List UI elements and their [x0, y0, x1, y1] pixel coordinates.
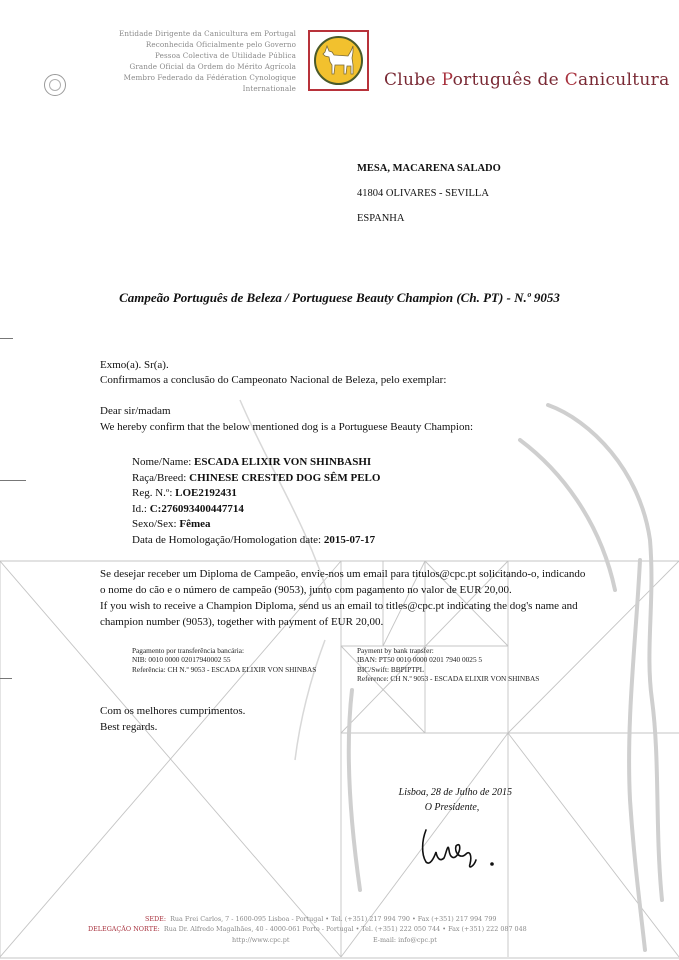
- diploma-instructions: Se desejar receber um Diploma de Campeão…: [100, 566, 630, 630]
- detail-label: Data de Homologação/Homologation date:: [132, 534, 324, 546]
- footer-text: Rua Dr. Alfredo Magalhães, 40 - 4000-061…: [164, 925, 527, 933]
- document-title: Campeão Português de Beleza / Portuguese…: [0, 290, 679, 306]
- affiliation-line: Entidade Dirigente da Canicultura em Por…: [78, 28, 296, 39]
- recipient-name: MESA, MACARENA SALADO: [357, 163, 501, 174]
- payment-line: NIB: 0010 0000 02017940002 55: [132, 655, 316, 664]
- payment-line: Payment by bank transfer:: [357, 646, 539, 655]
- detail-label: Sexo/Sex:: [132, 518, 179, 530]
- detail-label: Raça/Breed:: [132, 472, 189, 484]
- closing-pt: Com os melhores cumprimentos.: [100, 703, 245, 719]
- detail-sex: Sexo/Sex: Fêmea: [132, 517, 380, 533]
- recipient-city: 41804 OLIVARES - SEVILLA: [357, 188, 489, 199]
- dog-details: Nome/Name: ESCADA ELIXIR VON SHINBASHI R…: [132, 455, 380, 548]
- intro-en: We hereby confirm that the below mention…: [100, 420, 473, 436]
- payment-info-pt: Pagamento por transferência bancária: NI…: [132, 646, 316, 674]
- fold-mark: [0, 480, 26, 481]
- club-name-part: Clube: [384, 70, 442, 90]
- detail-id: Id.: C:276093400447714: [132, 502, 380, 518]
- payment-line: IBAN: PT50 0010 0000 0201 7940 0025 5: [357, 655, 539, 664]
- fci-seal-icon: [44, 74, 66, 96]
- diploma-line: Se desejar receber um Diploma de Campeão…: [100, 566, 630, 582]
- greeting-en: Dear sir/madam: [100, 404, 171, 420]
- footer-email-link[interactable]: E-mail: info@cpc.pt: [373, 935, 437, 945]
- affiliation-line: Pessoa Colectiva de Utilidade Pública: [78, 50, 296, 61]
- club-name-part: C: [565, 70, 578, 90]
- payment-line: Pagamento por transferência bancária:: [132, 646, 316, 655]
- detail-name: Nome/Name: ESCADA ELIXIR VON SHINBASHI: [132, 455, 380, 471]
- affiliation-line: Membro Federado da Fédération Cynologiqu…: [78, 72, 296, 94]
- club-name-part: P: [442, 70, 453, 90]
- club-name-part: ortuguês de: [453, 70, 565, 90]
- detail-registration: Reg. N.º: LOE2192431: [132, 486, 380, 502]
- detail-label: Id.:: [132, 503, 150, 515]
- footer-website-link[interactable]: http://www.cpc.pt: [232, 935, 289, 945]
- place-date: Lisboa, 28 de Julho de 2015: [370, 785, 512, 800]
- detail-value: 2015-07-17: [324, 534, 375, 546]
- footer-label: SEDE:: [145, 915, 166, 923]
- detail-homologation-date: Data de Homologação/Homologation date: 2…: [132, 533, 380, 549]
- signoff: Lisboa, 28 de Julho de 2015 O Presidente…: [370, 785, 512, 815]
- detail-value: C:276093400447714: [150, 503, 244, 515]
- affiliation-line: Reconhecida Oficialmente pelo Governo: [78, 39, 296, 50]
- payment-info-en: Payment by bank transfer: IBAN: PT50 001…: [357, 646, 539, 684]
- footer-label: DELEGAÇÃO NORTE:: [88, 925, 160, 933]
- closing: Com os melhores cumprimentos. Best regar…: [100, 703, 245, 735]
- fold-mark: [0, 338, 13, 339]
- recipient-country: ESPANHA: [357, 213, 404, 224]
- intro-pt: Confirmamos a conclusão do Campeonato Na…: [100, 373, 446, 389]
- club-logo: [308, 30, 369, 91]
- footer-sede: SEDE: Rua Frei Carlos, 7 - 1600-095 Lisb…: [145, 914, 496, 924]
- detail-value: ESCADA ELIXIR VON SHINBASHI: [194, 456, 371, 468]
- detail-value: Fêmea: [179, 518, 210, 530]
- fold-mark: [0, 678, 12, 679]
- payment-line: Reference: CH N.º 9053 - ESCADA ELIXIR V…: [357, 674, 539, 683]
- affiliation-lines: Entidade Dirigente da Canicultura em Por…: [78, 28, 296, 94]
- detail-label: Nome/Name:: [132, 456, 194, 468]
- diploma-line: o nome do cão e o número de campeão (905…: [100, 582, 630, 598]
- club-name: Clube Português de Canicultura: [384, 70, 670, 90]
- greeting-pt: Exmo(a). Sr(a).: [100, 358, 169, 374]
- dog-silhouette-icon: [316, 38, 361, 83]
- closing-en: Best regards.: [100, 719, 245, 735]
- diploma-line: If you wish to receive a Champion Diplom…: [100, 598, 630, 614]
- diploma-line: champion number (9053), together with pa…: [100, 614, 630, 630]
- detail-value: CHINESE CRESTED DOG SÊM PELO: [189, 472, 380, 484]
- detail-label: Reg. N.º:: [132, 487, 175, 499]
- footer-text: Rua Frei Carlos, 7 - 1600-095 Lisboa - P…: [170, 915, 496, 923]
- payment-line: BIC/Swift: BBPIPTPL: [357, 665, 539, 674]
- detail-breed: Raça/Breed: CHINESE CRESTED DOG SÊM PELO: [132, 471, 380, 487]
- detail-value: LOE2192431: [175, 487, 237, 499]
- handwritten-signature-icon: [418, 822, 508, 872]
- payment-line: Referência: CH N.º 9053 - ESCADA ELIXIR …: [132, 665, 316, 674]
- footer-norte: DELEGAÇÃO NORTE: Rua Dr. Alfredo Magalhã…: [88, 924, 527, 934]
- club-name-part: anicultura: [578, 70, 669, 90]
- signatory-role: O Presidente,: [370, 800, 512, 815]
- certificate-letter: Entidade Dirigente da Canicultura em Por…: [0, 0, 679, 960]
- affiliation-line: Grande Oficial da Ordem do Mérito Agríco…: [78, 61, 296, 72]
